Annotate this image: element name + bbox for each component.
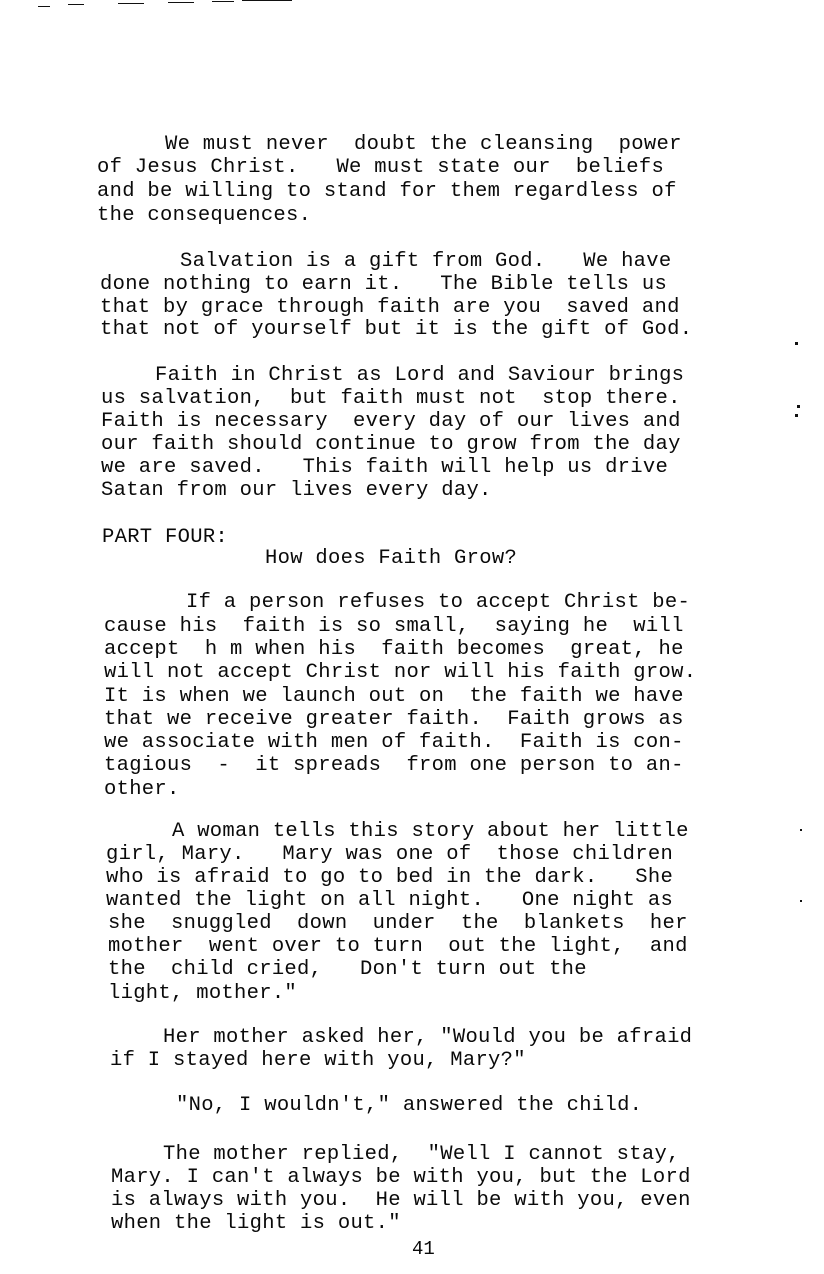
text-line: "No, I wouldn't," answered the child. bbox=[176, 1094, 642, 1118]
text-line: if I stayed here with you, Mary?" bbox=[110, 1049, 526, 1073]
text-line: she snuggled down under the blankets her bbox=[108, 912, 688, 936]
text-line: wanted the light on all night. One night… bbox=[106, 889, 673, 913]
scan-speck bbox=[800, 900, 802, 902]
text-line: light, mother." bbox=[108, 982, 297, 1006]
text-line: of Jesus Christ. We must state our belie… bbox=[97, 156, 664, 180]
text-line: girl, Mary. Mary was one of those childr… bbox=[106, 843, 673, 867]
text-line: It is when we launch out on the faith we… bbox=[104, 685, 684, 709]
scan-artifact-marks bbox=[0, 0, 824, 12]
text-line: that we receive greater faith. Faith gro… bbox=[104, 708, 684, 732]
text-line: and be willing to stand for them regardl… bbox=[97, 180, 677, 204]
page-number: 41 bbox=[412, 1238, 435, 1260]
text-line: us salvation, but faith must not stop th… bbox=[101, 387, 681, 411]
text-line: Her mother asked her, "Would you be afra… bbox=[163, 1026, 692, 1050]
text-line: we associate with men of faith. Faith is… bbox=[104, 731, 684, 755]
text-line: done nothing to earn it. The Bible tells… bbox=[100, 273, 667, 297]
scan-speck bbox=[797, 405, 800, 408]
section-heading: How does Faith Grow? bbox=[265, 547, 517, 571]
text-line: Faith in Christ as Lord and Saviour brin… bbox=[155, 364, 684, 388]
text-line: accept h m when his faith becomes great,… bbox=[104, 638, 684, 662]
text-line: that by grace through faith are you save… bbox=[100, 296, 680, 320]
text-line: the child cried, Don't turn out the bbox=[108, 958, 587, 982]
text-line: Mary. I can't always be with you, but th… bbox=[111, 1166, 691, 1190]
text-line: is always with you. He will be with you,… bbox=[111, 1189, 691, 1213]
text-line: when the light is out." bbox=[111, 1212, 401, 1236]
text-line: that not of yourself but it is the gift … bbox=[100, 318, 692, 342]
text-line: we are saved. This faith will help us dr… bbox=[101, 456, 668, 480]
text-line: Faith is necessary every day of our live… bbox=[101, 410, 681, 434]
text-line: the consequences. bbox=[97, 204, 311, 228]
text-line: If a person refuses to accept Christ be- bbox=[186, 591, 690, 615]
scan-speck bbox=[795, 342, 798, 345]
text-line: A woman tells this story about her littl… bbox=[172, 820, 689, 844]
text-line: Salvation is a gift from God. We have bbox=[180, 250, 671, 274]
scan-speck bbox=[795, 414, 798, 417]
text-line: our faith should continue to grow from t… bbox=[101, 433, 681, 457]
part-label: PART FOUR: bbox=[102, 526, 228, 550]
text-line: The mother replied, "Well I cannot stay, bbox=[163, 1143, 680, 1167]
text-line: other. bbox=[104, 778, 180, 802]
scan-speck bbox=[800, 829, 802, 831]
text-line: mother went over to turn out the light, … bbox=[108, 935, 688, 959]
text-line: who is afraid to go to bed in the dark. … bbox=[106, 866, 673, 890]
text-line: cause his faith is so small, saying he w… bbox=[104, 615, 684, 639]
text-line: Satan from our lives every day. bbox=[101, 479, 492, 503]
text-line: tagious - it spreads from one person to … bbox=[104, 754, 684, 778]
text-line: We must never doubt the cleansing power bbox=[165, 133, 682, 157]
text-line: will not accept Christ nor will his fait… bbox=[104, 661, 696, 685]
